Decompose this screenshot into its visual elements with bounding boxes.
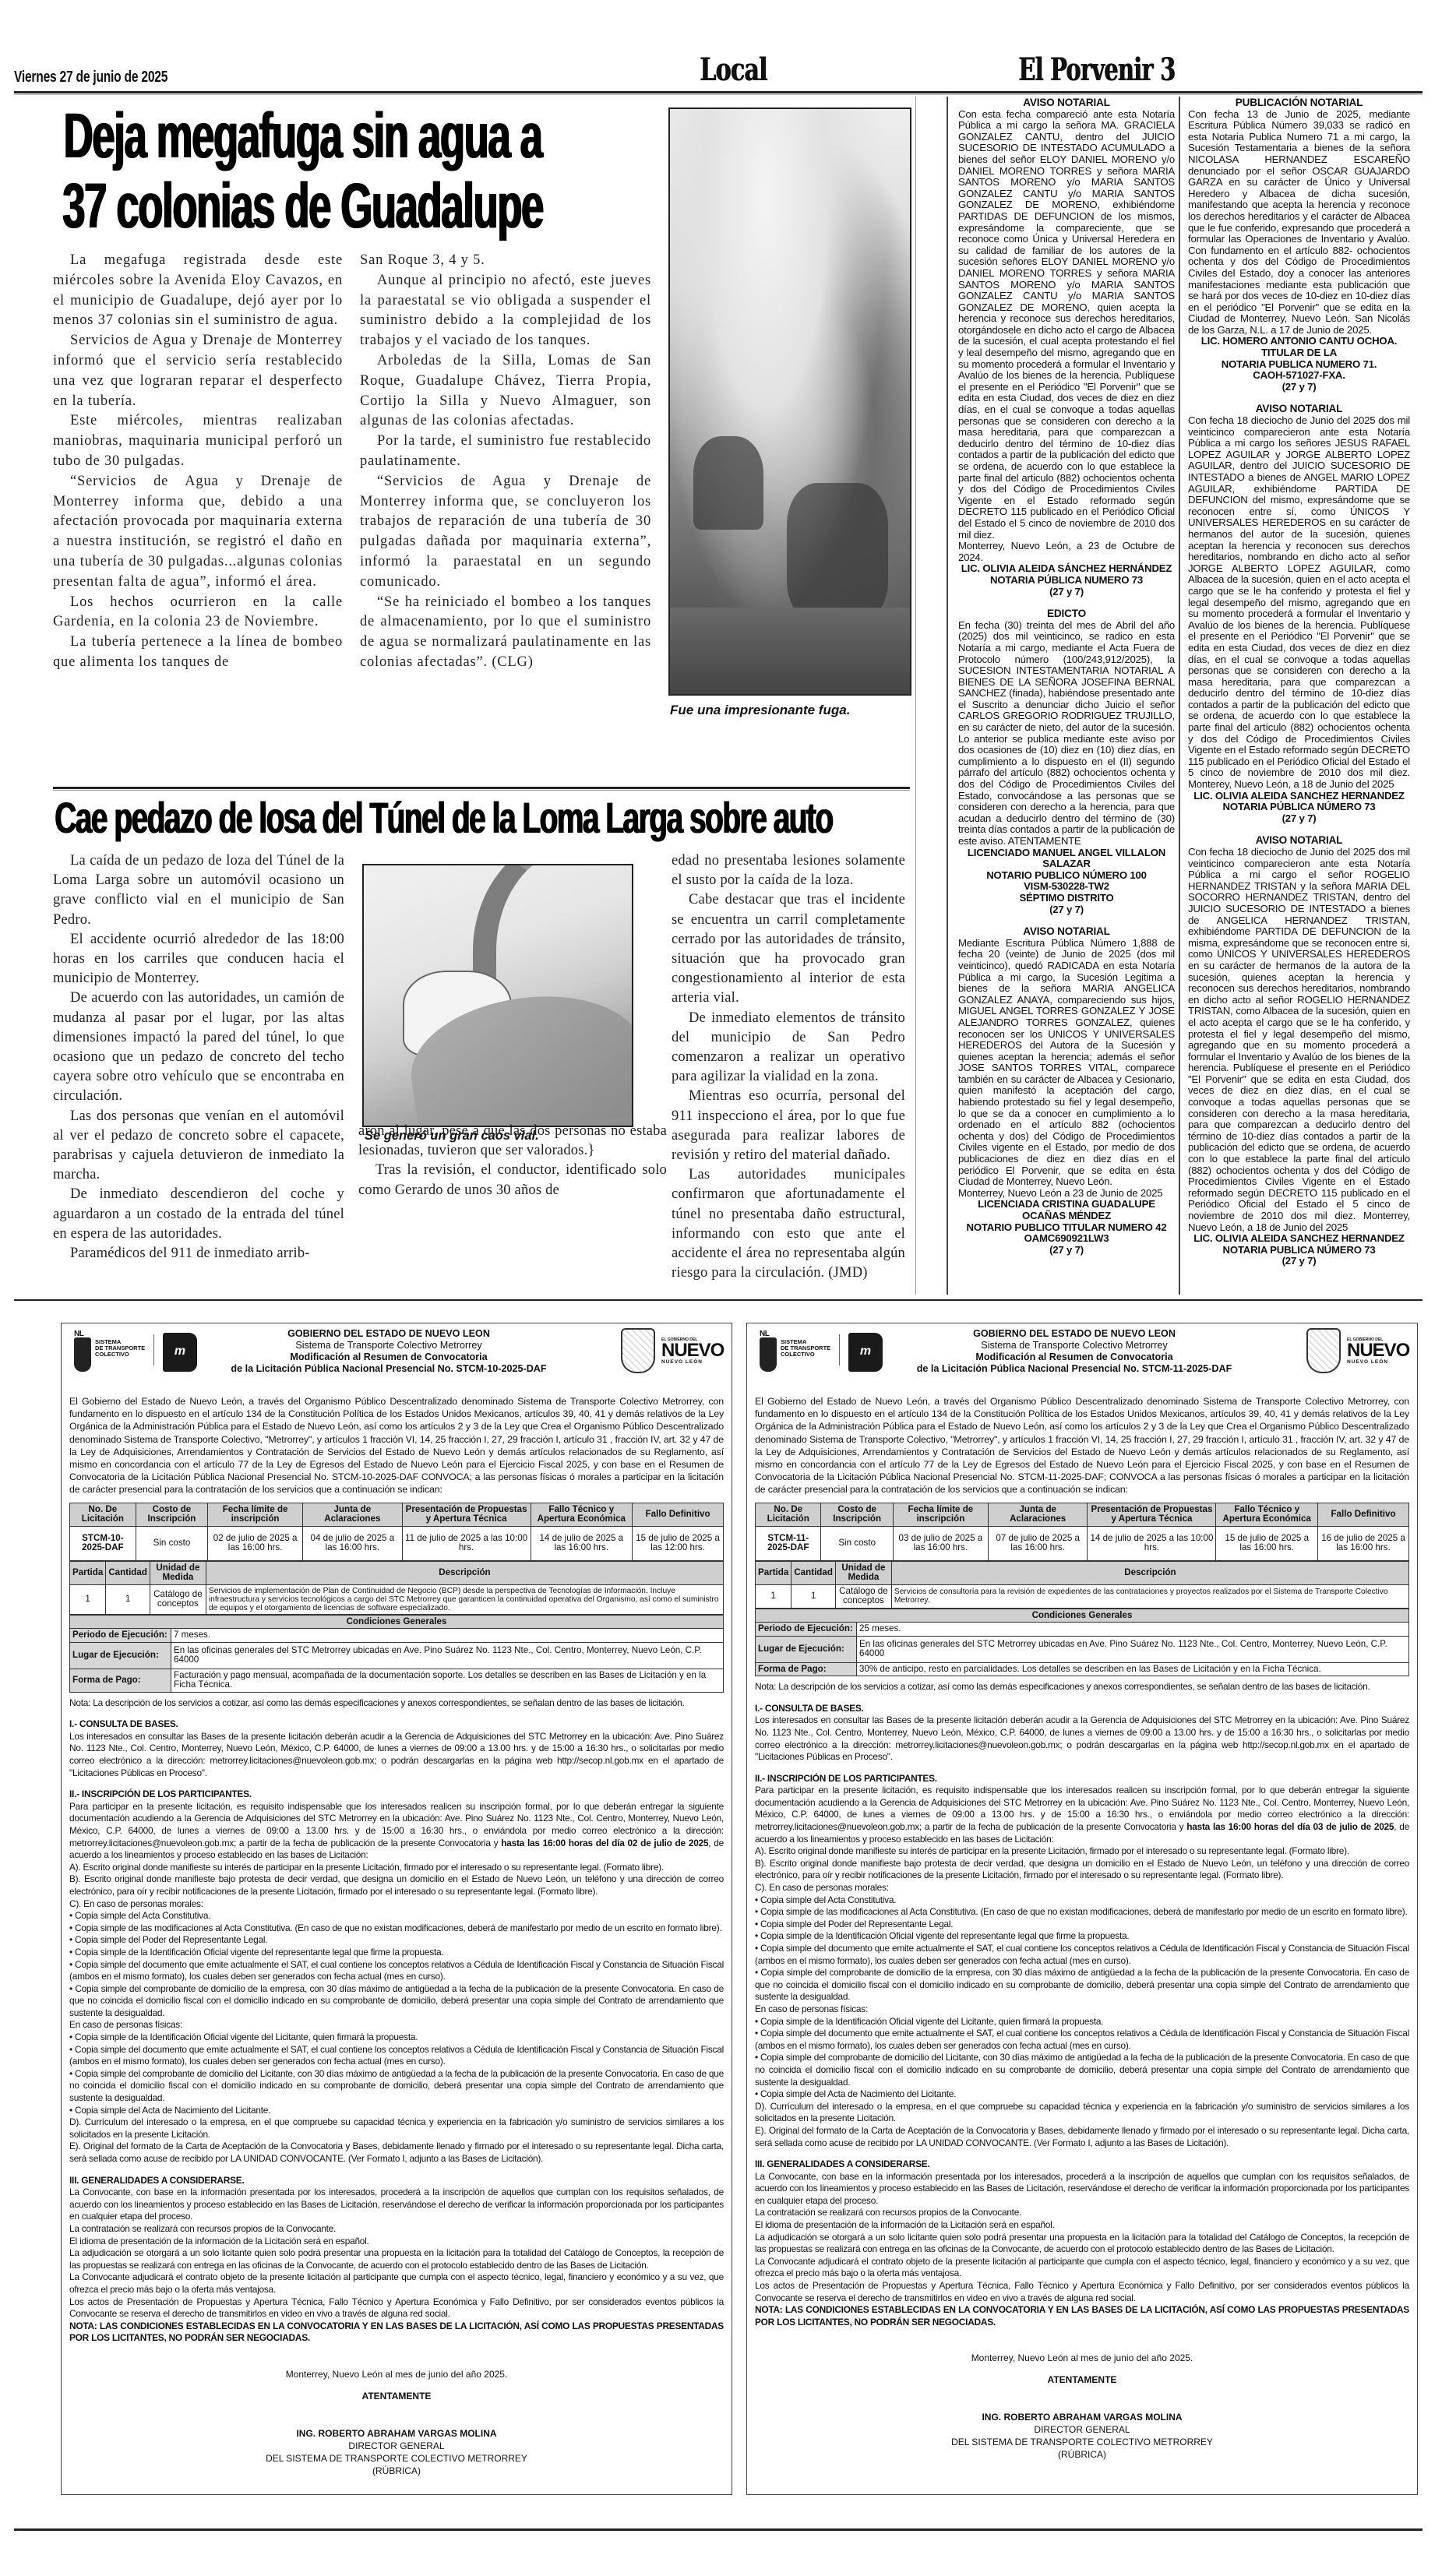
tender-text: Junta de Aclaraciones — [988, 1503, 1088, 1526]
paragraph: Mientras eso ocurría, personal del 911 i… — [672, 1087, 905, 1165]
tender-text: DEL SISTEMA DE TRANSPORTE COLECTIVO METR… — [755, 2436, 1409, 2448]
tender-text: Nota: La descripción de los servicios a … — [69, 1697, 724, 1710]
notice-signature: VISM-530228-TW2 — [958, 881, 1175, 893]
article1-headline: Deja megafuga sin agua a 37 colonias de … — [62, 101, 543, 241]
notice-signature: NOTARIO PUBLICO NÚMERO 100 — [958, 870, 1175, 882]
tender-text: Descripción — [206, 1561, 723, 1584]
tender-text: GOBIERNO DEL ESTADO DE NUEVO LEON — [887, 1328, 1261, 1340]
notice-signature: LIC. OLIVIA ALEIDA SÁNCHEZ HERNÁNDEZ — [958, 563, 1175, 575]
paragraph: aron al lugar, pese a que las dos person… — [358, 1122, 667, 1161]
column-divider — [915, 97, 916, 1295]
notice-signature: (27 y 7) — [1188, 1256, 1410, 1267]
newspaper-name-page: El Porvenir 3 — [1018, 51, 1175, 88]
tender-list-item: • Copia simple de la Identificación Ofic… — [69, 1947, 724, 1959]
notice-signature: NOTARIA PUBLICA NÚMERO 73 — [1188, 1245, 1410, 1256]
tender-text: (RÚBRICA) — [755, 2448, 1409, 2461]
paragraph: Las dos personas que venían en el automó… — [53, 1107, 344, 1186]
tender-list-item: La contratación se realizará con recurso… — [755, 2207, 1409, 2219]
tender-list-item: • Copia simple del Acta Constitutiva. — [755, 1894, 1409, 1907]
tender-list-item: La adjudicación se otorgará a un solo li… — [69, 2247, 724, 2271]
top-rule-thin — [14, 94, 1423, 95]
tender-text: Descripción — [891, 1561, 1408, 1584]
notice-signature: (27 y 7) — [958, 904, 1175, 916]
tender-text: II.- INSCRIPCIÓN DE LOS PARTICIPANTES. — [755, 1773, 1409, 1785]
tender-text: (RÚBRICA) — [69, 2465, 724, 2477]
tender-list-item: La adjudicación se otorgará a un solo li… — [755, 2232, 1409, 2256]
tender-text: Catálogo de conceptos — [835, 1584, 891, 1608]
stc-logo: NL SISTEMADE TRANSPORTECOLECTIVO — [760, 1330, 822, 1375]
masthead: Viernes 27 de junio de 2025 Local El Por… — [14, 45, 1175, 92]
tender-text: Presentación de Propuestas y Apertura Té… — [402, 1503, 531, 1526]
tender-text: Servicios de consultoría para la revisió… — [891, 1584, 1408, 1608]
tender-text: STCM-11-2025-DAF — [756, 1526, 821, 1560]
tender-text: I.- CONSULTA DE BASES. — [69, 1718, 724, 1731]
tender-list-item: • Copia simple de las modificaciones al … — [69, 1922, 724, 1935]
tender-list-item: A). Escrito original donde manifieste su… — [69, 1862, 724, 1874]
tender-list-item: D). Currículum del interesado o la empre… — [69, 2116, 724, 2141]
tender-text: ATENTAMENTE — [755, 2373, 1409, 2386]
notice-body: Con fecha 13 de Junio de 2025, mediante … — [1188, 109, 1410, 337]
tender-notice-title: GOBIERNO DEL ESTADO DE NUEVO LEON Sistem… — [202, 1328, 576, 1375]
notice-signature: SÉPTIMO DISTRITO — [958, 893, 1175, 904]
paragraph: San Roque 3, 4 y 5. — [360, 251, 651, 271]
article1-column-1: La megafuga registrada desde este miérco… — [53, 251, 343, 673]
tender-text: Presentación de Propuestas y Apertura Té… — [1088, 1503, 1216, 1526]
tender-text: Periodo de Ejecución: — [70, 1629, 171, 1643]
tender-text: Unidad de Medida — [835, 1561, 891, 1584]
paragraph: De inmediato descendieron del coche y ag… — [53, 1185, 344, 1244]
notice-signature: LIC. OLIVIA ALEIDA SANCHEZ HERNANDEZ — [1188, 1233, 1410, 1245]
tender-text: Sistema de Transporte Colectivo Metrorre… — [887, 1340, 1261, 1351]
tender-text: GOBIERNO DEL ESTADO DE NUEVO LEON — [202, 1328, 576, 1340]
tender-body: Nota: La descripción de los servicios a … — [69, 1697, 724, 2345]
notice-title: PUBLICACIÓN NOTARIAL — [1188, 97, 1410, 109]
tender-items-table: PartidaCantidadUnidad de MedidaDescripci… — [69, 1561, 724, 1615]
tender-text: hasta las 16:00 horas del día 02 de juli… — [501, 1838, 708, 1848]
tender-text: II.- INSCRIPCIÓN DE LOS PARTICIPANTES. — [69, 1788, 724, 1801]
tender-text: Monterrey, Nuevo León al mes de junio de… — [755, 2352, 1409, 2364]
tender-list-item: • Copia simple del Acta de Nacimiento de… — [755, 2088, 1409, 2101]
headline-line-2: 37 colonias de Guadalupe — [62, 171, 543, 241]
tender-text: 14 de julio de 2025 a las 10:00 hrs. — [1088, 1526, 1216, 1560]
tender-list-item: La Convocante, con base en la informació… — [69, 2187, 724, 2223]
tender-text: Modificación al Resumen de Convocatoria — [887, 1351, 1261, 1363]
tender-text: No. De Licitación — [756, 1503, 821, 1526]
tunnel-accident-photo — [362, 864, 633, 1127]
tender-text: de la Licitación Pública Nacional Presen… — [202, 1363, 576, 1375]
tender-list-item: D). Currículum del interesado o la empre… — [755, 2101, 1409, 2125]
tender-list-item: C). En caso de personas morales: — [69, 1898, 724, 1911]
section-divider — [14, 1299, 1423, 1301]
article2-column-2: aron al lugar, pese a que las dos person… — [358, 1122, 667, 1200]
tender-list-item: E). Original del formato de la Carta de … — [69, 2141, 724, 2165]
paragraph: “Servicios de Agua y Drenaje de Monterre… — [360, 472, 651, 593]
tender-text: Fallo Técnico y Apertura Económica — [1216, 1503, 1318, 1526]
notice-signature: OAMC690921LW3 — [958, 1233, 1175, 1245]
legal-notices-column-1: AVISO NOTARIAL Con esta fecha compareció… — [958, 97, 1175, 1293]
tender-text: Condiciones Generales — [70, 1615, 724, 1629]
tender-text: Catálogo de conceptos — [150, 1584, 206, 1614]
paragraph: La megafuga registrada desde este miérco… — [53, 251, 343, 331]
notice-body: Con esta fecha compareció ante esta Nota… — [958, 109, 1175, 541]
nuevo-leon-logo: EL GOBIERNO DEL NUEVO NUEVO LEÓN — [661, 1337, 719, 1365]
tender-list-item: • Copia simple de la Identificación Ofic… — [755, 1930, 1409, 1943]
notice-signature: NOTARIO PUBLICO TITULAR NUMERO 42 — [958, 1222, 1175, 1234]
lion-shield-icon — [760, 1337, 777, 1372]
tender-text: Partida — [756, 1561, 791, 1584]
paragraph: El accidente ocurrió alrededor de las 18… — [53, 930, 344, 989]
notice-body: Con fecha 18 dieciocho de Junio del 2025… — [1188, 415, 1410, 791]
tender-list-item: • Copia simple del documento que emite a… — [69, 2044, 724, 2068]
edict-notice: EDICTO En fecha (30) treinta del mes de … — [958, 608, 1175, 915]
tender-text: de la Licitación Pública Nacional Presen… — [887, 1363, 1261, 1375]
tender-list-item: A). Escrito original donde manifieste su… — [755, 1845, 1409, 1858]
general-conditions-table: Condiciones Generales Periodo de Ejecuci… — [69, 1615, 724, 1693]
tender-text: DIRECTOR GENERAL — [755, 2423, 1409, 2436]
tender-list-item: • Copia simple del comprobante de domici… — [69, 1983, 724, 2020]
tender-text: Forma de Pago: — [756, 1662, 857, 1676]
notice-signature: CAOH-571027-FXA. — [1188, 370, 1410, 382]
tender-text: 03 de julio de 2025 a las 16:00 hrs. — [893, 1526, 988, 1560]
legal-notices-column-2: PUBLICACIÓN NOTARIAL Con fecha 13 de Jun… — [1188, 97, 1410, 1293]
tender-text: Los interesados en consultar las Bases d… — [755, 1714, 1409, 1763]
lion-shield-icon — [74, 1337, 91, 1372]
tender-text: Junta de Aclaraciones — [303, 1503, 403, 1526]
tender-text: III. GENERALIDADES A CONSIDERARSE. — [69, 2175, 724, 2187]
tender-items-table: PartidaCantidadUnidad de MedidaDescripci… — [755, 1561, 1409, 1609]
notice-title: AVISO NOTARIAL — [1188, 835, 1410, 847]
tender-list-item: • Copia simple del documento que emite a… — [755, 1943, 1409, 1967]
notice-signature: NOTARIA PÚBLICA NÚMERO 73 — [1188, 802, 1410, 813]
tender-text: ING. ROBERTO ABRAHAM VARGAS MOLINA — [755, 2411, 1409, 2423]
tender-text: 7 meses. — [171, 1629, 724, 1643]
tender-text: Partida — [70, 1561, 106, 1584]
tender-list-item: • Copia simple del documento que emite a… — [755, 2028, 1409, 2052]
tender-text: COLECTIVO — [781, 1351, 830, 1358]
article-divider-thin — [53, 790, 910, 791]
notice-signature: LIC. OLIVIA ALEIDA SANCHEZ HERNANDEZ — [1188, 791, 1410, 802]
tender-text: 15 de julio de 2025 a las 16:00 hrs. — [1216, 1526, 1318, 1560]
tender-list-item: Los actos de Presentación de Propuestas … — [69, 2296, 724, 2321]
notice-signature: (27 y 7) — [958, 1245, 1175, 1256]
section-title: Local — [700, 51, 767, 88]
tender-text: Costo de Inscripción — [821, 1503, 893, 1526]
tender-text: Lugar de Ejecución: — [756, 1636, 857, 1662]
tender-text: Monterrey, Nuevo León al mes de junio de… — [69, 2368, 724, 2380]
article1-column-2: San Roque 3, 4 y 5. Aunque al principio … — [360, 251, 651, 673]
paragraph: “Servicios de Agua y Drenaje de Monterre… — [53, 472, 343, 593]
tender-text: NOTA: LAS CONDICIONES ESTABLECIDAS EN LA… — [755, 2304, 1409, 2328]
tender-text: Fallo Definitivo — [633, 1503, 724, 1526]
coat-of-arms-icon — [1306, 1328, 1341, 1373]
tender-text: COLECTIVO — [95, 1351, 145, 1358]
tender-text: En las oficinas generales del STC Metror… — [171, 1642, 724, 1669]
tender-list-item: B). Escrito original donde manifieste ba… — [69, 1873, 724, 1898]
issue-date: Viernes 27 de junio de 2025 — [14, 69, 167, 86]
tender-notice-header: NL SISTEMADE TRANSPORTECOLECTIVO m GOBIE… — [755, 1323, 1409, 1395]
tender-list-item: En caso de personas físicas: — [69, 2019, 724, 2032]
tender-list-item: E). Original del formato de la Carta de … — [755, 2125, 1409, 2149]
tender-schedule-table: No. De LicitaciónCosto de InscripciónFec… — [755, 1503, 1409, 1561]
nuevo-leon-logo: EL GOBIERNO DEL NUEVO NUEVO LEÓN — [1347, 1337, 1405, 1365]
tender-text: Costo de Inscripción — [136, 1503, 207, 1526]
bottom-rule — [14, 2528, 1423, 2531]
coat-of-arms-icon — [621, 1328, 655, 1373]
notarial-publication: PUBLICACIÓN NOTARIAL Con fecha 13 de Jun… — [1188, 97, 1410, 393]
notice-signature: NOTARIA PÚBLICA NUMERO 73 — [958, 575, 1175, 587]
notice-body: Con fecha 18 dieciocho de Junio del 2025… — [1188, 847, 1410, 1233]
paragraph: Este miércoles, mientras realizaban mani… — [53, 411, 343, 471]
paragraph: Paramédicos del 911 de inmediato arrib- — [53, 1244, 344, 1263]
tender-text: 30% de anticipo, resto en parcialidades.… — [857, 1662, 1409, 1676]
tender-text: 25 meses. — [857, 1623, 1409, 1637]
notice-body: En fecha (30) treinta del mes de Abril d… — [958, 620, 1175, 848]
tender-notice-stcm-10: NL SISTEMADE TRANSPORTECOLECTIVO m GOBIE… — [61, 1323, 732, 2495]
tender-list-item: C). En caso de personas morales: — [755, 1882, 1409, 1894]
tender-text: 15 de julio de 2025 a las 12:00 hrs. — [633, 1526, 724, 1560]
paragraph: De inmediato elementos de tránsito del m… — [672, 1009, 905, 1087]
tender-text: 02 de julio de 2025 a las 16:00 hrs. — [208, 1526, 303, 1560]
tender-list-item: El idioma de presentación de la informac… — [755, 2219, 1409, 2232]
tender-body: Nota: La descripción de los servicios a … — [755, 1681, 1409, 2328]
tender-text: 16 de julio de 2025 a las 16:00 hrs. — [1318, 1526, 1409, 1560]
metrorrey-logo: m — [848, 1333, 883, 1372]
tender-text: No. De Licitación — [70, 1503, 136, 1526]
notarial-notice: AVISO NOTARIAL Con fecha 18 dieciocho de… — [1188, 403, 1410, 824]
tender-list-item: • Copia simple de la Identificación Ofic… — [755, 2016, 1409, 2028]
article2-column-1: La caída de un pedazo de loza del Túnel … — [53, 851, 344, 1263]
tender-list-item: La Convocante adjudicará el contrato obj… — [755, 2256, 1409, 2280]
tender-text: Sin costo — [821, 1526, 893, 1560]
tender-text: Los interesados en consultar las Bases d… — [69, 1731, 724, 1779]
tender-list-item: • Copia simple del comprobante de domici… — [755, 2052, 1409, 2088]
tender-text: NUEVO — [1347, 1342, 1405, 1359]
tender-text: Cantidad — [106, 1561, 150, 1584]
tender-text: Sistema de Transporte Colectivo Metrorre… — [202, 1340, 576, 1351]
tender-list-item: • Copia simple de las modificaciones al … — [755, 1906, 1409, 1919]
tender-list-item: El idioma de presentación de la informac… — [69, 2236, 724, 2248]
notice-signature: (27 y 7) — [1188, 813, 1410, 825]
paragraph: Tras la revisión, el conductor, identifi… — [358, 1161, 667, 1200]
tender-list-item: • Copia simple del comprobante de domici… — [69, 2068, 724, 2105]
tender-signature: Monterrey, Nuevo León al mes de junio de… — [755, 2352, 1409, 2461]
paragraph: La tubería pertenece a la línea de bombe… — [53, 633, 343, 673]
article-divider — [53, 787, 910, 789]
tender-text: 1 — [70, 1584, 106, 1614]
tender-text: Servicios de implementación de Plan de C… — [206, 1584, 723, 1614]
headline-line-1: Deja megafuga sin agua a — [62, 101, 543, 171]
tender-text: 14 de julio de 2025 a las 16:00 hrs. — [531, 1526, 633, 1560]
paragraph: “Se ha reiniciado el bombeo a los tanque… — [360, 593, 651, 673]
tender-list-item: En caso de personas físicas: — [755, 2003, 1409, 2016]
tender-text: En las oficinas generales del STC Metror… — [857, 1636, 1409, 1662]
tender-text: Modificación al Resumen de Convocatoria — [202, 1351, 576, 1363]
paragraph: Arboledas de la Silla, Lomas de San Roqu… — [360, 351, 651, 432]
tender-text: III. GENERALIDADES A CONSIDERARSE. — [755, 2158, 1409, 2171]
notice-signature: LICENCIADA CRISTINA GUADALUPE OCAÑAS MÉN… — [958, 1199, 1175, 1221]
notice-title: AVISO NOTARIAL — [958, 926, 1175, 938]
tender-text: hasta las 16:00 horas del día 03 de juli… — [1186, 1821, 1394, 1832]
tender-list-item: B). Escrito original donde manifieste ba… — [755, 1858, 1409, 1882]
tender-text: Fallo Definitivo — [1318, 1503, 1409, 1526]
tender-text: ATENTAMENTE — [69, 2390, 724, 2402]
tender-text: 1 — [791, 1584, 836, 1608]
notice-title: EDICTO — [958, 608, 1175, 620]
paragraph: edad no presentaba lesiones solamente el… — [672, 851, 905, 890]
tender-text: Fecha límite de inscripción — [893, 1503, 988, 1526]
tender-text: DIRECTOR GENERAL — [69, 2440, 724, 2452]
tender-text: NOTA: LAS CONDICIONES ESTABLECIDAS EN LA… — [69, 2321, 724, 2345]
tender-notice-header: NL SISTEMADE TRANSPORTECOLECTIVO m GOBIE… — [69, 1323, 724, 1395]
tender-text: 1 — [756, 1584, 791, 1608]
photo-caption: Fue una impresionante fuga. — [670, 703, 850, 718]
notice-signature: TITULAR DE LA — [1188, 347, 1410, 359]
tender-schedule-table: No. De LicitaciónCosto de InscripciónFec… — [69, 1503, 724, 1561]
paragraph: De acuerdo con las autoridades, un camió… — [53, 988, 344, 1106]
tender-text: Forma de Pago: — [70, 1669, 171, 1692]
notice-title: AVISO NOTARIAL — [958, 97, 1175, 109]
tender-text: Unidad de Medida — [150, 1561, 206, 1584]
tender-text: Facturación y pago mensual, acompañada d… — [171, 1669, 724, 1692]
tender-notice-stcm-11: NL SISTEMADE TRANSPORTECOLECTIVO m GOBIE… — [746, 1323, 1418, 2495]
tender-text: DEL SISTEMA DE TRANSPORTE COLECTIVO METR… — [69, 2452, 724, 2465]
paragraph: Servicios de Agua y Drenaje de Monterrey… — [53, 331, 343, 411]
column-divider — [947, 97, 948, 1295]
tender-list-item: • Copia simple del Acta de Nacimiento de… — [69, 2105, 724, 2117]
notice-signature: (27 y 7) — [1188, 382, 1410, 393]
notarial-notice: AVISO NOTARIAL Mediante Escritura Públic… — [958, 926, 1175, 1256]
paragraph: Los hechos ocurrieron en la calle Garden… — [53, 593, 343, 633]
paragraph: Las autoridades municipales confirmaron … — [672, 1165, 905, 1283]
tender-list-item: • Copia simple del documento que emite a… — [69, 1959, 724, 1983]
notarial-notice: AVISO NOTARIAL Con fecha 18 dieciocho de… — [1188, 835, 1410, 1267]
tender-text: STCM-10-2025-DAF — [70, 1526, 136, 1560]
tender-intro: El Gobierno del Estado de Nuevo León, a … — [69, 1395, 724, 1496]
notice-signature: LICENCIADO MANUEL ANGEL VILLALON SALAZAR — [958, 848, 1175, 870]
tender-list-item: La contratación se realizará con recurso… — [69, 2223, 724, 2236]
tender-list-item: • Copia simple del Acta Constitutiva. — [69, 1910, 724, 1922]
column-divider — [1179, 97, 1180, 1295]
tender-text: 11 de julio de 2025 a las 10:00 hrs. — [402, 1526, 531, 1560]
tender-list-item: Los actos de Presentación de Propuestas … — [755, 2280, 1409, 2304]
tender-text: Fecha límite de inscripción — [208, 1503, 303, 1526]
notice-signature: LIC. HOMERO ANTONIO CANTU OCHOA. — [1188, 336, 1410, 347]
tender-text: Lugar de Ejecución: — [70, 1642, 171, 1669]
notice-place-date: Monterrey, Nuevo León a 23 de Junio de 2… — [958, 1188, 1175, 1200]
tender-text: 1 — [106, 1584, 150, 1614]
tender-list-item: La Convocante, con base en la informació… — [755, 2171, 1409, 2208]
tender-text: Periodo de Ejecución: — [756, 1623, 857, 1637]
tender-text: 07 de julio de 2025 a las 16:00 hrs. — [988, 1526, 1088, 1560]
water-leak-photo — [668, 107, 911, 696]
notarial-notice: AVISO NOTARIAL Con esta fecha compareció… — [958, 97, 1175, 597]
tender-signature: Monterrey, Nuevo León al mes de junio de… — [69, 2368, 724, 2477]
paragraph: La caída de un pedazo de loza del Túnel … — [53, 851, 344, 930]
tender-list-item: • Copia simple del comprobante de domici… — [755, 1967, 1409, 2003]
tender-list-item: • Copia simple del Poder del Representan… — [755, 1919, 1409, 1931]
tender-text: Cantidad — [791, 1561, 836, 1584]
notice-signature: (27 y 7) — [958, 587, 1175, 598]
metrorrey-logo: m — [163, 1333, 197, 1372]
tender-text: Nota: La descripción de los servicios a … — [755, 1681, 1409, 1693]
tender-text: I.- CONSULTA DE BASES. — [755, 1703, 1409, 1715]
paragraph: Aunque al principio no afectó, este juev… — [360, 271, 651, 351]
tender-list-item: La Convocante adjudicará el contrato obj… — [69, 2271, 724, 2296]
tender-text: NUEVO — [661, 1342, 719, 1359]
tender-text: ING. ROBERTO ABRAHAM VARGAS MOLINA — [69, 2427, 724, 2440]
article2-column-3: edad no presentaba lesiones solamente el… — [672, 851, 905, 1283]
tender-text: 04 de julio de 2025 a las 16:00 hrs. — [303, 1526, 403, 1560]
tender-text: Condiciones Generales — [756, 1609, 1409, 1623]
paragraph: Cabe destacar que tras el incidente se e… — [672, 890, 905, 1008]
tender-list-item: • Copia simple de la Identificación Ofic… — [69, 2032, 724, 2044]
tender-notice-title: GOBIERNO DEL ESTADO DE NUEVO LEON Sistem… — [887, 1328, 1261, 1375]
paragraph: Por la tarde, el suministro fue restable… — [360, 432, 651, 472]
notice-body: Mediante Escritura Pública Número 1,888 … — [958, 938, 1175, 1188]
tender-text: Fallo Técnico y Apertura Económica — [531, 1503, 633, 1526]
tender-list-item: • Copia simple del Poder del Representan… — [69, 1934, 724, 1947]
general-conditions-table: Condiciones Generales Periodo de Ejecuci… — [755, 1609, 1409, 1677]
stc-logo: NL SISTEMADE TRANSPORTECOLECTIVO — [74, 1330, 136, 1375]
tender-intro: El Gobierno del Estado de Nuevo León, a … — [755, 1395, 1409, 1496]
article2-headline: Cae pedazo de losa del Túnel de la Loma … — [55, 793, 832, 843]
tender-text: Sin costo — [136, 1526, 207, 1560]
notice-signature: NOTARIA PUBLICA NUMERO 71. — [1188, 359, 1410, 371]
notice-place-date: Monterrey, Nuevo León, a 23 de Octubre d… — [958, 541, 1175, 563]
notice-title: AVISO NOTARIAL — [1188, 403, 1410, 415]
top-rule — [14, 91, 1423, 93]
